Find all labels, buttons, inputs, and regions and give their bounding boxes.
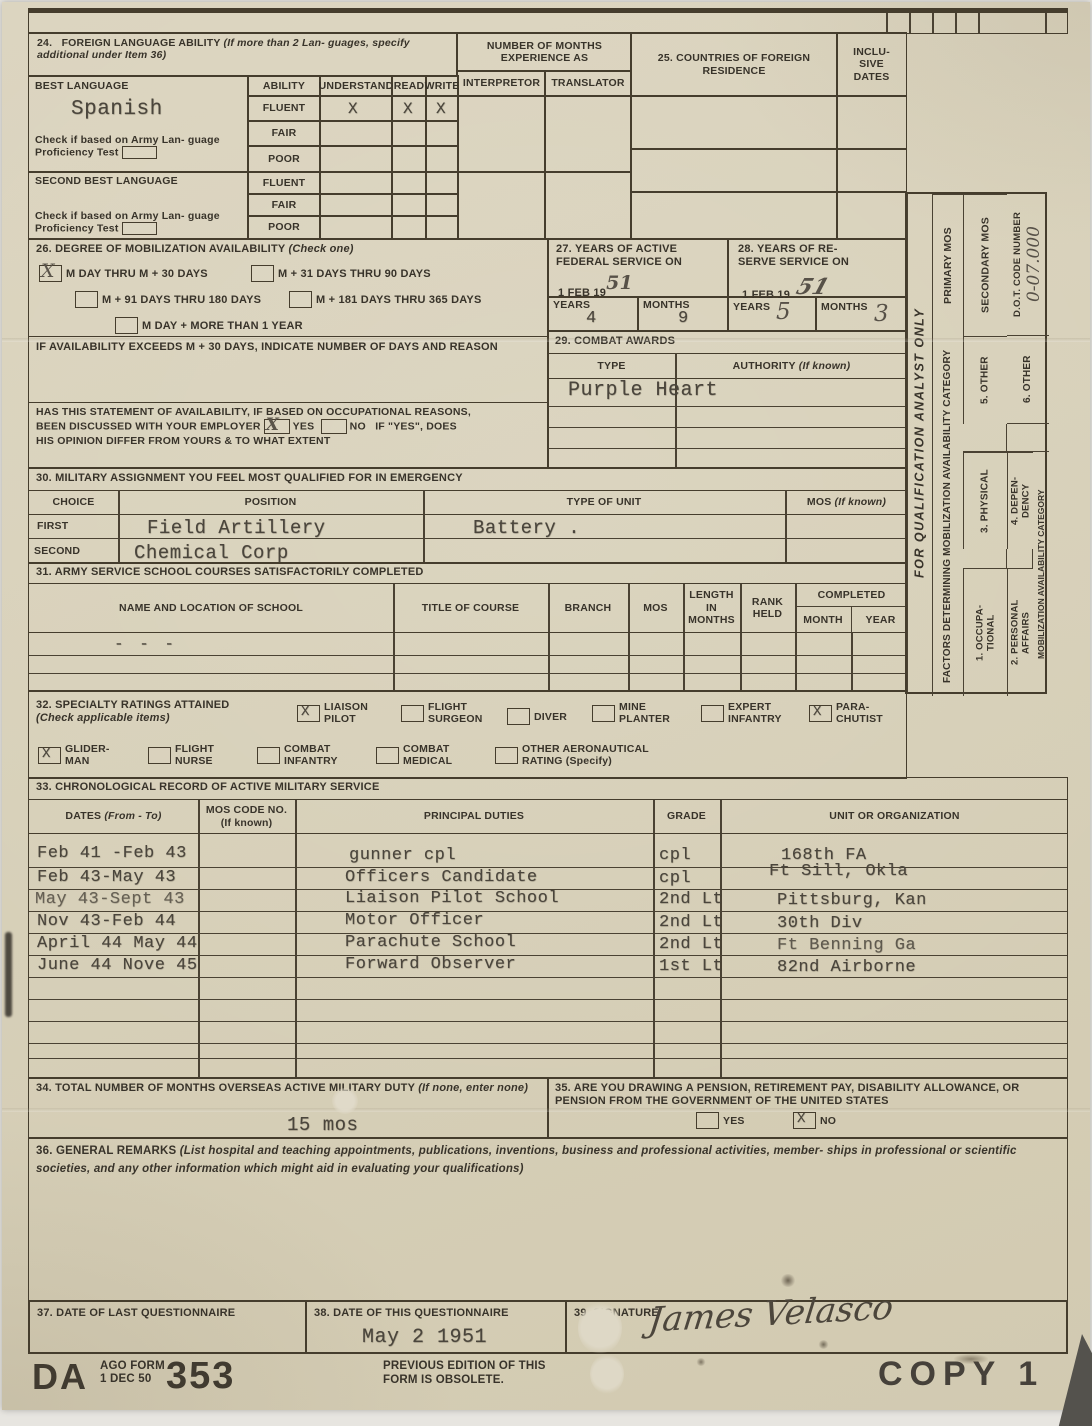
level-fair-2: FAIR — [247, 193, 321, 217]
item32-section: 32. SPECIALTY RATINGS ATTAINED (Check ap… — [28, 690, 907, 779]
mark-write: X — [425, 95, 459, 122]
item27-months-cell: MONTHS 9 — [637, 296, 729, 332]
item25-header: 25. COUNTRIES OF FOREIGN RESIDENCE — [630, 32, 838, 97]
factor-dependency-4: 4. DEPEN- DENCY — [1007, 452, 1033, 549]
proficiency-checkbox — [122, 146, 157, 159]
ability-col-header: ABILITY — [247, 75, 321, 97]
months-experience-header: NUMBER OF MONTHS EXPERIENCE AS — [457, 32, 632, 72]
empty-cell — [319, 145, 393, 173]
item24-number: 24. — [37, 37, 52, 49]
empty-cell — [425, 193, 459, 217]
level-fluent: FLUENT — [247, 95, 321, 122]
item33-title: 33. CHRONOLOGICAL RECORD OF ACTIVE MILIT… — [29, 778, 1067, 794]
item25-dates-header: INCLU- SIVE DATES — [836, 32, 907, 97]
item28-months-cell: MONTHS 3 — [815, 296, 907, 332]
primary-mos-cell: PRIMARY MOS — [932, 194, 963, 336]
rating-flight-nurse: FLIGHT NURSE — [148, 743, 214, 769]
secondary-mos-cell: SECONDARY MOS — [963, 194, 1007, 336]
level-fluent-2: FLUENT — [247, 171, 321, 195]
month-col-header: MONTH — [795, 606, 851, 634]
rating-combat-medical: COMBAT MEDICAL — [376, 743, 452, 769]
duties-col-header: PRINCIPAL DUTIES — [295, 800, 653, 833]
empty-cell — [425, 145, 459, 173]
empty-cell — [425, 215, 459, 240]
mos-code-col-header: MOS CODE NO. (If known) — [198, 800, 295, 833]
item36-title: 36. GENERAL REMARKS — [36, 1145, 176, 1157]
mark-read: X — [391, 95, 427, 122]
factors-label: FACTORS DETERMINING MOBILIZATION AVAILAB… — [932, 336, 963, 696]
item32-title: 32. SPECIALTY RATINGS ATTAINED — [36, 699, 229, 712]
item38-title: 38. DATE OF THIS QUESTIONNAIRE — [307, 1302, 565, 1320]
empty-cell — [391, 145, 427, 173]
empty-cell — [391, 171, 427, 195]
item27-section: 27. YEARS OF ACTIVE FEDERAL SERVICE ON 1… — [547, 238, 729, 298]
level-poor-2: POOR — [247, 215, 321, 240]
dates-row — [836, 191, 907, 240]
unit-col-header: TYPE OF UNIT — [423, 491, 785, 514]
form-number: 353 — [166, 1354, 235, 1399]
item29-section: 29. COMBAT AWARDS TYPE AUTHORITY (If kno… — [547, 330, 907, 469]
second-language-cell: SECOND BEST LANGUAGE Check if based on A… — [28, 171, 249, 240]
option-m31-90: M + 31 DAYS THRU 90 DAYS — [251, 264, 431, 282]
analyst-only-label: FOR QUALIFICATION ANALYST ONLY — [907, 194, 932, 692]
rating-other-aeronautical: OTHER AERONAUTICAL RATING (Specify) — [495, 743, 649, 769]
best-language-value: Spanish — [71, 98, 163, 121]
factor-answer-cell — [963, 424, 1007, 452]
item26-title: 26. DEGREE OF MOBILIZATION AVAILABILITY — [36, 243, 285, 255]
form-date-label: 1 DEC 50 — [100, 1373, 151, 1387]
exceeds-box: IF AVAILABILITY EXCEEDS M + 30 DAYS, IND… — [29, 336, 548, 402]
rating-combat-infantry: COMBAT INFANTRY — [257, 743, 338, 769]
item24-title: FOREIGN LANGUAGE ABILITY — [62, 37, 221, 49]
rating-diver: DIVER — [507, 707, 567, 725]
dates-row — [836, 148, 907, 193]
item32-note: (Check applicable items) — [36, 712, 229, 725]
empty-cell — [319, 171, 393, 195]
rank-col-header: RANK HELD — [740, 584, 795, 632]
dates-col-header: DATES (From - To) — [29, 800, 198, 833]
item30-title: 30. MILITARY ASSIGNMENT YOU FEEL MOST QU… — [29, 468, 906, 485]
rating-gliderman: X GLIDER- MAN — [38, 743, 110, 769]
choice-col-header: CHOICE — [29, 491, 118, 514]
interpreter-months-cell-2 — [457, 171, 546, 240]
factor-answer-cell — [963, 549, 1007, 569]
grade-col-header: GRADE — [653, 800, 720, 833]
item38-value: May 2 1951 — [362, 1326, 487, 1349]
empty-cell — [319, 215, 393, 240]
pension-yes: YES — [696, 1111, 745, 1129]
empty-cell — [391, 120, 427, 147]
paper-crease — [2, 338, 1090, 342]
item36-section: 36. GENERAL REMARKS (List hospital and t… — [28, 1137, 1068, 1302]
empty-cell — [425, 171, 459, 195]
best-language-cell: BEST LANGUAGE Spanish Check if based on … — [28, 75, 249, 173]
authority-col-header: AUTHORITY (If known) — [675, 354, 908, 378]
course-col-header: TITLE OF COURSE — [393, 584, 548, 632]
unit-org-col-header: UNIT OR ORGANIZATION — [720, 800, 1069, 833]
best-language-label: BEST LANGUAGE — [29, 76, 248, 92]
factor-answer-cell — [1007, 549, 1033, 569]
mark-understand: X — [319, 95, 393, 122]
factor-answer-cell — [1007, 424, 1049, 452]
factor-other-5: 5. OTHER — [963, 336, 1007, 424]
country-row — [630, 191, 838, 240]
item37-title: 37. DATE OF LAST QUESTIONNAIRE — [30, 1302, 305, 1320]
rating-liaison-pilot: X LIAISON PILOT — [297, 701, 368, 727]
country-row — [630, 148, 838, 193]
choice-first: FIRST — [37, 520, 68, 532]
branch-col-header: BRANCH — [548, 584, 628, 632]
paper-crease — [2, 1108, 1090, 1112]
choice-second: SECOND — [34, 545, 80, 557]
factor-personal-2: 2. PERSONAL AFFAIRS — [1007, 569, 1033, 696]
school-row1-value: - - - — [114, 635, 177, 653]
rating-parachutist: X PARA- CHUTIST — [809, 701, 883, 727]
factor-physical-3: 3. PHYSICAL — [963, 452, 1007, 549]
col-interpreter: INTERPRETOR — [457, 70, 546, 97]
employer-no-checkbox — [321, 419, 347, 434]
empty-cell — [425, 120, 459, 147]
analyst-sidebar: FOR QUALIFICATION ANALYST ONLY PRIMARY M… — [905, 192, 1047, 694]
mos-col-header: MOS (If known) — [785, 491, 908, 514]
item37-section: 37. DATE OF LAST QUESTIONNAIRE — [28, 1300, 307, 1354]
col-translator: TRANSLATOR — [544, 70, 632, 97]
write-col-header: WRITE — [425, 75, 459, 97]
item39-section: 39. SIGNATURE James Velasco — [565, 1300, 1068, 1354]
empty-cell — [319, 193, 393, 217]
position-col-header: POSITION — [118, 491, 423, 514]
option-m181-365: M + 181 DAYS THRU 365 DAYS — [289, 290, 481, 308]
dot-code-value: 0-07.000 — [1024, 226, 1044, 302]
da-label: DA — [32, 1356, 88, 1398]
country-row — [630, 95, 838, 150]
item28-section: 28. YEARS OF RE- SERVE SERVICE ON 1 FEB … — [727, 238, 907, 298]
ago-form-label: AGO FORM — [100, 1360, 165, 1374]
item36-note: (List hospital and teaching appointments… — [36, 1145, 1017, 1175]
first-unit: Battery . — [473, 517, 580, 539]
proficiency-checkbox-2 — [122, 222, 157, 235]
empty-cell — [319, 120, 393, 147]
item24-header: 24. FOREIGN LANGUAGE ABILITY (If more th… — [28, 32, 457, 77]
factor-occupational-1: 1. OCCUPA- TIONAL — [963, 569, 1007, 696]
item28-years-cell: YEARS 5 — [727, 296, 817, 332]
level-poor: POOR — [247, 145, 321, 173]
rating-mine-planter: MINE PLANTER — [592, 701, 670, 727]
scan-edge-streak — [5, 932, 12, 1017]
first-position: Field Artillery — [147, 517, 326, 539]
item38-section: 38. DATE OF THIS QUESTIONNAIRE May 2 195… — [305, 1300, 567, 1354]
dates-row — [836, 95, 907, 150]
interpreter-months-cell — [457, 95, 546, 173]
pension-no: X NO — [793, 1111, 836, 1129]
obsolete-note: PREVIOUS EDITION OF THIS FORM IS OBSOLET… — [383, 1360, 546, 1387]
item28-title: 28. YEARS OF RE- SERVE SERVICE ON — [728, 239, 906, 269]
length-col-header: LENGTH IN MONTHS — [683, 584, 740, 632]
item34-value: 15 mos — [287, 1114, 358, 1136]
mos-col-header: MOS — [628, 584, 683, 632]
item31-title: 31. ARMY SERVICE SCHOOL COURSES SATISFAC… — [29, 563, 906, 579]
dot-code-cell: D.O.T. CODE NUMBER 0-07.000 — [1007, 194, 1049, 336]
option-m-day-30: X M DAY THRU M + 30 DAYS — [39, 264, 208, 282]
mobilization-category-label: MOBILIZATION AVAILABILITY CATEGORY — [1033, 452, 1049, 696]
empty-cell — [391, 193, 427, 217]
rating-expert-infantry: EXPERT INFANTRY — [701, 701, 782, 727]
school-col-header: NAME AND LOCATION OF SCHOOL — [29, 584, 393, 632]
option-more-1-year: M DAY + MORE THAN 1 YEAR — [115, 316, 303, 334]
item34-note: (If none, enter none) — [418, 1082, 528, 1094]
item35-title: 35. ARE YOU DRAWING A PENSION, RETIREMEN… — [548, 1078, 1067, 1108]
completed-col-header: COMPLETED — [795, 584, 908, 607]
form-footer: DA AGO FORM 1 DEC 50 353 PREVIOUS EDITIO… — [28, 1354, 1068, 1406]
year-col-header: YEAR — [851, 606, 909, 634]
item27-title: 27. YEARS OF ACTIVE FEDERAL SERVICE ON — [548, 239, 728, 269]
rating-flight-surgeon: FLIGHT SURGEON — [401, 701, 483, 727]
item34-title: 34. TOTAL NUMBER OF MONTHS OVERSEAS ACTI… — [36, 1082, 415, 1094]
item30-section: 30. MILITARY ASSIGNMENT YOU FEEL MOST QU… — [28, 467, 907, 564]
read-col-header: READ — [391, 75, 427, 97]
combat-award-value: Purple Heart — [568, 379, 718, 402]
level-fair: FAIR — [247, 120, 321, 147]
top-strip — [28, 8, 1068, 34]
item31-section: 31. ARMY SERVICE SCHOOL COURSES SATISFAC… — [28, 562, 907, 692]
option-m91-180: M + 91 DAYS THRU 180 DAYS — [75, 290, 261, 308]
scanned-form-paper: 24. FOREIGN LANGUAGE ABILITY (If more th… — [2, 2, 1090, 1410]
item26-note: (Check one) — [288, 243, 353, 255]
second-position: Chemical Corp — [134, 542, 289, 564]
item27-years-cell: YEARS 4 — [547, 296, 639, 332]
copy-label: COPY 1 — [878, 1354, 1044, 1394]
translator-months-cell-2 — [544, 171, 632, 240]
item26-section: 26. DEGREE OF MOBILIZATION AVAILABILITY … — [28, 238, 549, 469]
empty-cell — [391, 215, 427, 240]
second-language-label: SECOND BEST LANGUAGE — [29, 172, 248, 187]
factor-other-6: 6. OTHER — [1007, 336, 1049, 424]
understand-col-header: UNDERSTAND — [319, 75, 393, 97]
item33-section: 33. CHRONOLOGICAL RECORD OF ACTIVE MILIT… — [28, 777, 1068, 1079]
employer-box: HAS THIS STATEMENT OF AVAILABILITY, IF B… — [29, 402, 548, 467]
type-col-header: TYPE — [548, 354, 675, 378]
employer-yes-checkbox: X — [264, 419, 290, 434]
translator-months-cell — [544, 95, 632, 173]
